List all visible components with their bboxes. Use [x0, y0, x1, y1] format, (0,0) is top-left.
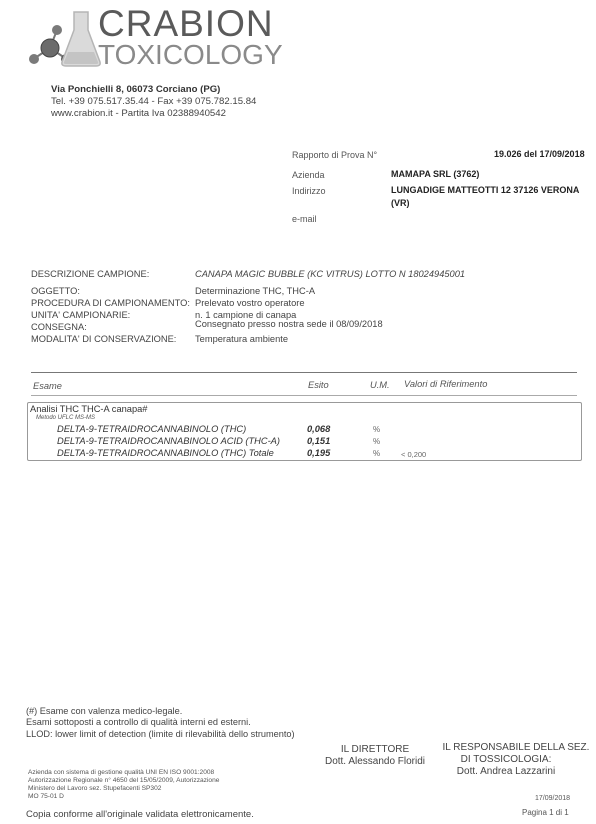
address-value-line1: LUNGADIGE MATTEOTTI 12 37126 VERONA: [391, 185, 579, 195]
sample-label-units: UNITA' CAMPIONARIE:: [31, 310, 130, 320]
row-unit: %: [373, 425, 380, 434]
head-name: Dott. Andrea Lazzarini: [436, 766, 576, 778]
sample-label-storage: MODALITA' DI CONSERVAZIONE:: [31, 334, 176, 344]
row-unit: %: [373, 449, 380, 458]
results-group-title: Analisi THC THC-A canapa#: [30, 404, 147, 414]
head-title-line2: DI TOSSICOLOGIA:: [436, 754, 576, 766]
address-value-line2: (VR): [391, 198, 410, 208]
address-label: Indirizzo: [292, 186, 326, 196]
row-result: 0,068: [307, 424, 330, 434]
table-header-rule: [31, 395, 577, 396]
company-address: Via Ponchielli 8, 06073 Corciano (PG): [51, 84, 220, 96]
row-unit: %: [373, 437, 380, 446]
sample-value-description: CANAPA MAGIC BUBBLE (KC VITRUS) LOTTO N …: [195, 269, 465, 279]
note-llod: LLOD: lower limit of detection (limite d…: [26, 729, 295, 739]
report-number-value: 19.026 del 17/09/2018: [494, 149, 585, 159]
logo-subtitle: TOXICOLOGY: [98, 40, 283, 70]
column-header-reference: Valori di Riferimento: [404, 379, 487, 389]
sample-label-description: DESCRIZIONE CAMPIONE:: [31, 269, 149, 279]
head-title-line1: IL RESPONSABILE DELLA SEZ.: [436, 742, 596, 754]
accreditation-line-4: MO 75-01 D: [28, 793, 64, 802]
sample-value-storage: Temperatura ambiente: [195, 334, 288, 344]
company-logo: CRABION TOXICOLOGY: [25, 8, 275, 74]
note-legal: (#) Esame con valenza medico-legale.: [26, 706, 182, 716]
row-name: DELTA-9-TETRAIDROCANNABINOLO (THC) Total…: [57, 448, 274, 458]
row-name: DELTA-9-TETRAIDROCANNABINOLO ACID (THC-A…: [57, 436, 280, 446]
copy-note: Copia conforme all'originale validata el…: [26, 809, 254, 820]
results-method: Metodo UFLC MS-MS: [36, 415, 95, 421]
director-title: IL DIRETTORE: [320, 744, 430, 756]
row-result: 0,195: [307, 448, 330, 458]
footer-page: Pagina 1 di 1: [522, 808, 569, 817]
company-web: www.crabion.it - Partita Iva 02388940542: [51, 108, 226, 120]
sample-label-delivery: CONSEGNA:: [31, 322, 87, 332]
sample-value-delivery: Consegnato presso nostra sede il 08/09/2…: [195, 319, 383, 329]
sample-label-object: OGGETTO:: [31, 286, 80, 296]
logo-brand: CRABION: [98, 4, 274, 44]
footer-date: 17/09/2018: [535, 795, 570, 802]
column-header-result: Esito: [308, 380, 329, 390]
report-number-label: Rapporto di Prova N°: [292, 150, 377, 160]
table-top-rule: [31, 372, 577, 373]
column-header-unit: U.M.: [370, 380, 390, 390]
row-reference: < 0,200: [401, 450, 426, 459]
row-name: DELTA-9-TETRAIDROCANNABINOLO (THC): [57, 424, 246, 434]
note-quality: Esami sottoposti a controllo di qualità …: [26, 717, 251, 727]
sample-label-procedure: PROCEDURA DI CAMPIONAMENTO:: [31, 298, 190, 308]
company-value: MAMAPA SRL (3762): [391, 169, 479, 179]
director-name: Dott. Alessando Floridi: [320, 756, 430, 768]
flask-icon: [60, 8, 102, 68]
email-label: e-mail: [292, 214, 317, 224]
row-result: 0,151: [307, 436, 330, 446]
sample-value-object: Determinazione THC, THC-A: [195, 286, 315, 296]
sample-value-procedure: Prelevato vostro operatore: [195, 298, 305, 308]
company-label: Azienda: [292, 170, 325, 180]
company-phone: Tel. +39 075.517.35.44 - Fax +39 075.782…: [51, 96, 256, 108]
column-header-exam: Esame: [33, 381, 62, 391]
